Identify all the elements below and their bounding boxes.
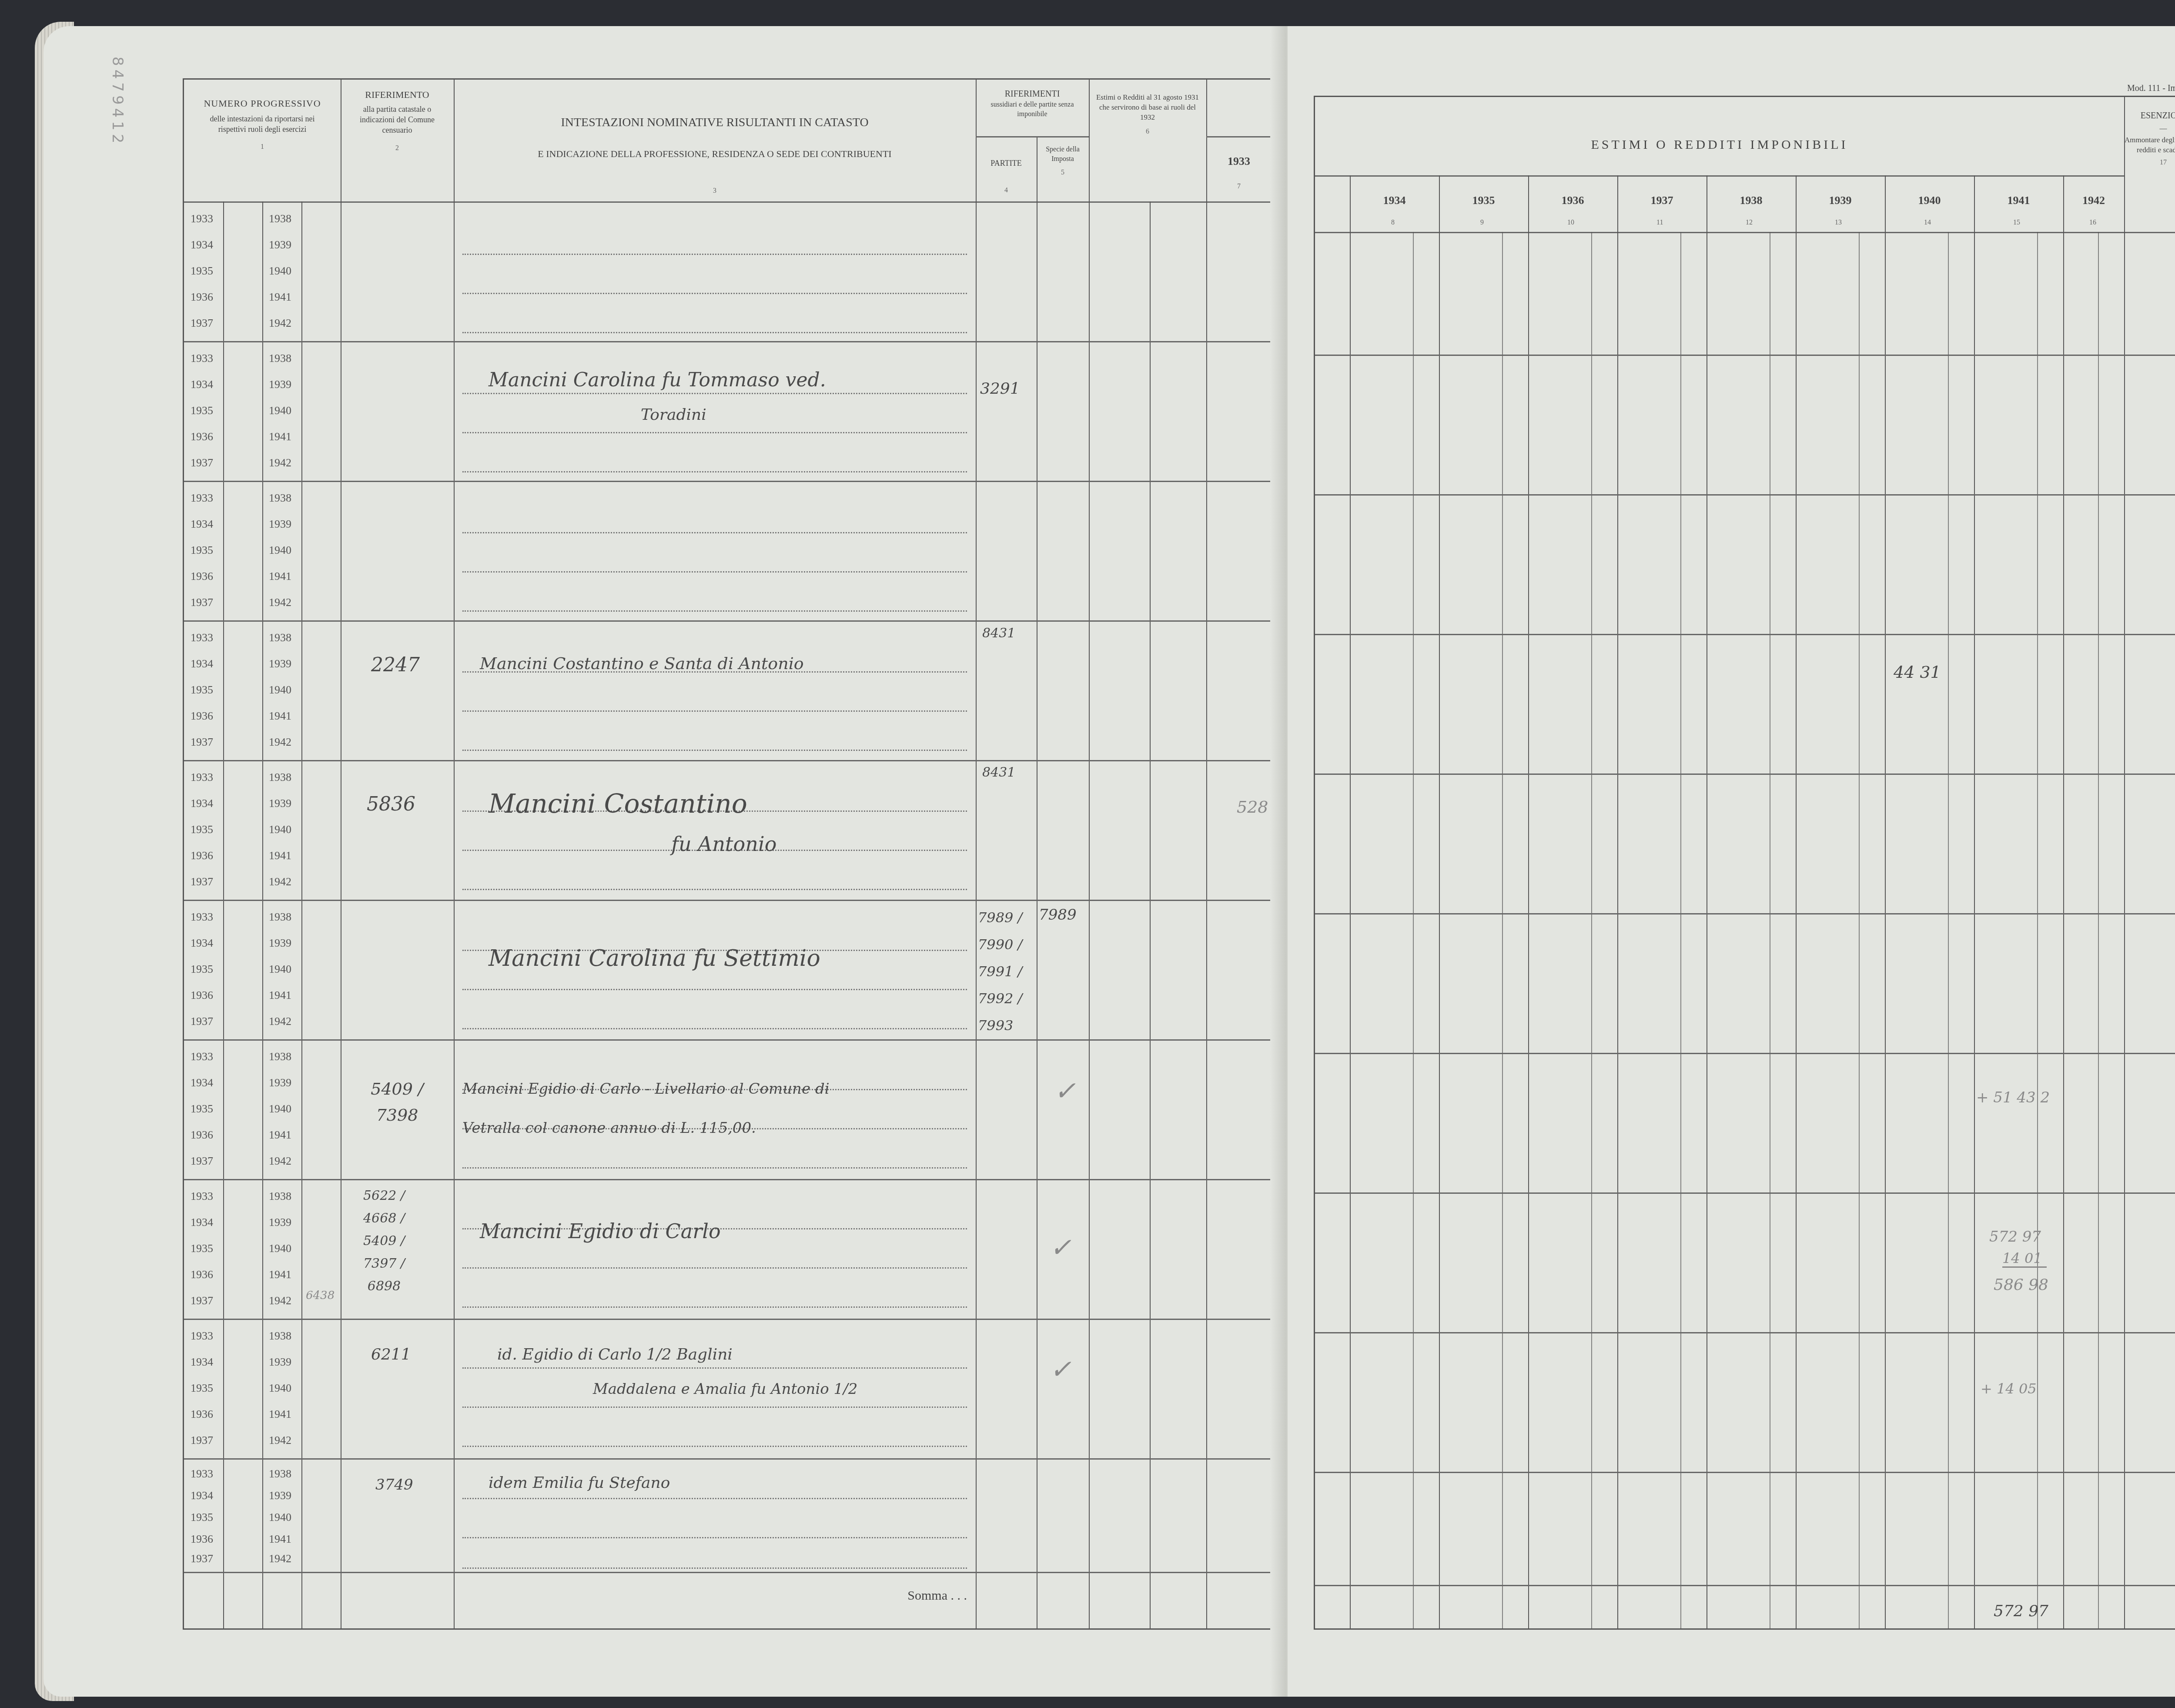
entry-riferimento: 6211 — [371, 1346, 411, 1363]
header-estimi-1931: Estimi o Redditi al 31 agosto 1931 che s… — [1089, 93, 1206, 136]
value-row8-1941-a: 572 97 — [1989, 1228, 2041, 1246]
value-row7-1941: + 51 43 2 — [1976, 1089, 2050, 1106]
somma-label: Somma . . . — [837, 1587, 967, 1605]
entry-name: Mancini Costantino — [489, 789, 747, 819]
check-mark: ✓ — [1050, 1354, 1071, 1385]
value-row9-1941: + 14 05 — [1981, 1380, 2037, 1397]
value-row8-1941-b: 14 01 — [2002, 1250, 2047, 1268]
ledger-book: 8479412 NUMERO PROGRESSIVO delle intesta… — [26, 9, 2175, 1697]
check-mark: ✓ — [1054, 1076, 1076, 1106]
entry-name-line2: Vetralla col canone annuo di L. 115,00. — [462, 1119, 756, 1137]
entry-partite: 3291 — [980, 380, 1020, 398]
somma-1941: 572 97 — [1994, 1602, 2048, 1620]
header-specie-imposta: Specie della Imposta 5 — [1037, 145, 1089, 177]
entry-name: Mancini Carolina fu Tommaso ved. — [489, 369, 826, 391]
header-partite: PARTITE 4 — [976, 158, 1037, 195]
header-esenzioni: ESENZIONI — Ammontare degli estimi o red… — [2124, 110, 2175, 167]
value-row4-1940: 44 31 — [1894, 663, 1941, 682]
header-year-1933: 1933 7 — [1206, 154, 1272, 191]
header-riferimento: RIFERIMENTO alla partita catastale o ind… — [341, 88, 454, 153]
header-estimi-redditi-imponibili: ESTIMI O REDDITI IMPONIBILI — [1315, 136, 2124, 154]
entry-riferimento: 2247 — [371, 654, 420, 676]
entry-name-line2: Toradini — [641, 406, 706, 424]
entry-specie: 7989 — [1039, 906, 1077, 924]
entry-riferimento: 5836 — [367, 793, 415, 815]
entry-riferimento: 3749 — [375, 1476, 413, 1494]
form-identifier: Mod. 111 - Imposte Dirette (Intercalare)… — [2127, 83, 2175, 94]
entry-partite: 8431 — [982, 626, 1015, 641]
left-page: 8479412 NUMERO PROGRESSIVO delle intesta… — [43, 26, 1296, 1697]
value-row8-1941-c: 586 98 — [1994, 1276, 2048, 1294]
entry-name: id. Egidio di Carlo 1/2 Baglini — [497, 1346, 733, 1363]
entry-partite: 8431 — [982, 765, 1015, 780]
entry-name-line2: fu Antonio — [671, 832, 776, 856]
entry-partite: 7989 / 7990 / 7991 / 7992 / 7993 — [978, 904, 1034, 1039]
left-register-table: NUMERO PROGRESSIVO delle intestazioni da… — [183, 78, 1273, 1630]
header-intestazioni: INTESTAZIONI NOMINATIVE RISULTANTI IN CA… — [454, 114, 976, 196]
entry-name-line2: Maddalena e Amalia fu Antonio 1/2 — [593, 1380, 857, 1398]
header-numero-progressivo: NUMERO PROGRESSIVO delle intestazioni da… — [184, 97, 341, 152]
entry-name: Mancini Costantino e Santa di Antonio — [480, 654, 804, 673]
entry-estimo-1931: 528 — [1237, 797, 1268, 817]
margin-pencil-number: 8479412 — [109, 57, 126, 147]
entry-name: Mancini Carolina fu Settimio — [489, 945, 820, 971]
entry-name: Mancini Egidio di Carlo - Livellario al … — [462, 1080, 830, 1098]
right-page: Mod. 111 - Imposte Dirette (Intercalare)… — [1288, 26, 2175, 1697]
header-riferimenti-sussidiari: RIFERIMENTI sussidiari e delle partite s… — [976, 88, 1089, 119]
check-mark: ✓ — [1050, 1232, 1071, 1263]
entry-riferimento: 5409 / 7398 — [358, 1076, 436, 1128]
entry-name: Mancini Egidio di Carlo — [480, 1219, 721, 1243]
entry-riferimento-side: 6438 — [306, 1289, 335, 1302]
right-register-table: ESTIMI O REDDITI IMPONIBILI 1934 19 — [1314, 96, 2175, 1630]
entry-riferimento: 5622 / 4668 / 5409 / 7397 / 6898 — [349, 1185, 419, 1298]
entry-name: idem Emilia fu Stefano — [489, 1474, 670, 1492]
